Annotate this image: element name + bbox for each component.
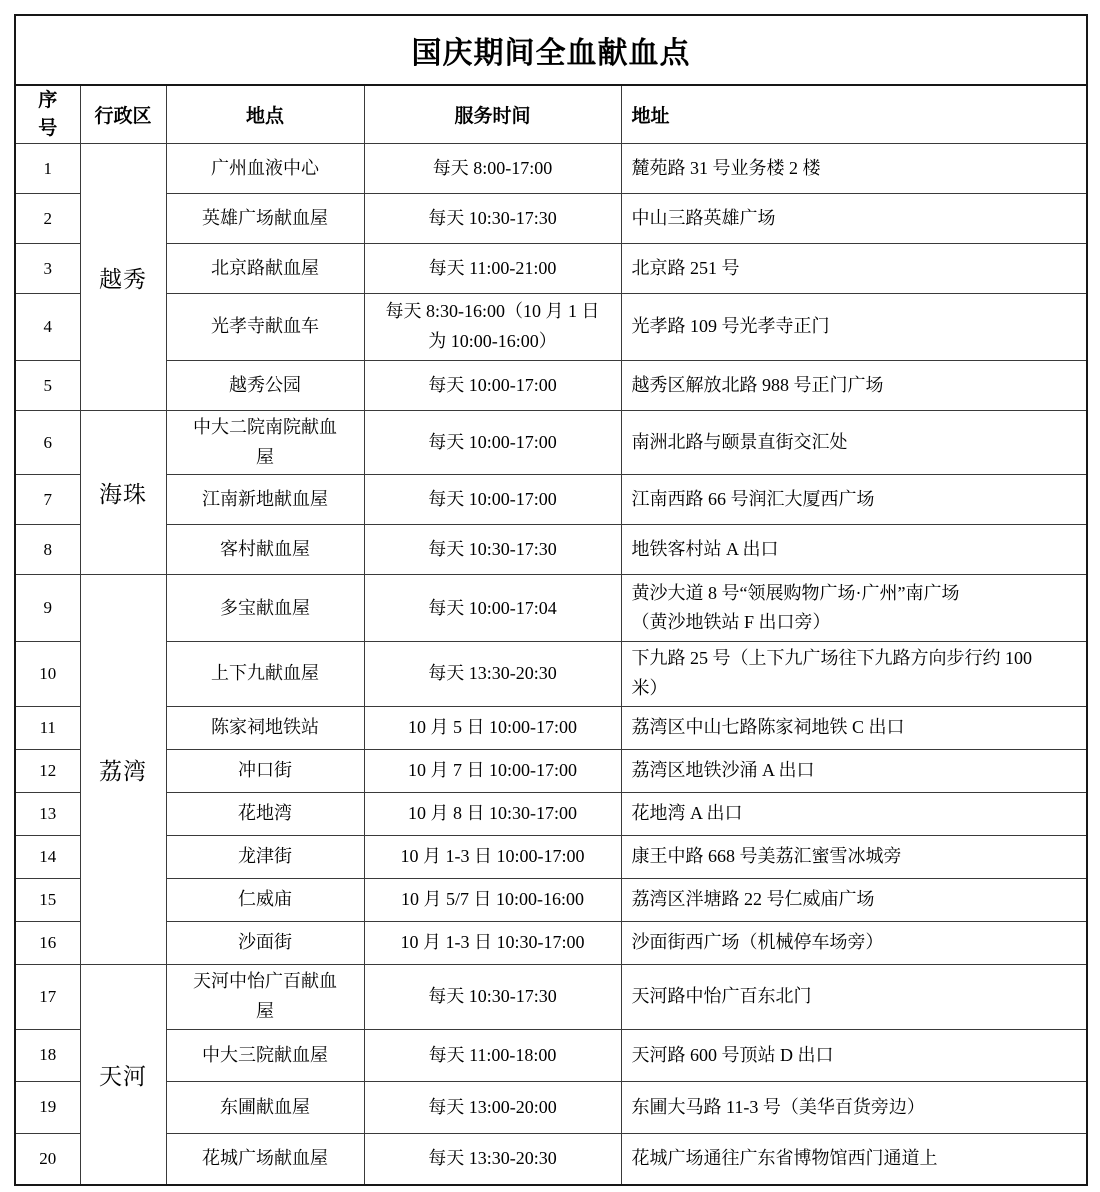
district-cell: 天河 (80, 964, 166, 1185)
location-cell: 北京路献血屋 (166, 244, 364, 294)
district-cell: 荔湾 (80, 575, 166, 964)
location-cell: 中大二院南院献血 屋 (166, 411, 364, 475)
row-number-cell: 12 (15, 749, 80, 792)
table-row: 19东圃献血屋每天 13:00-20:00东圃大马路 11-3 号（美华百货旁边… (15, 1081, 1087, 1133)
title-row: 国庆期间全血献血点 (15, 15, 1087, 85)
service-time-cell: 每天 13:00-20:00 (364, 1081, 621, 1133)
address-cell: 天河路 600 号顶站 D 出口 (621, 1029, 1087, 1081)
table-row: 10上下九献血屋每天 13:30-20:30下九路 25 号（上下九广场往下九路… (15, 642, 1087, 706)
table-row: 5越秀公园每天 10:00-17:00越秀区解放北路 988 号正门广场 (15, 361, 1087, 411)
address-cell: 越秀区解放北路 988 号正门广场 (621, 361, 1087, 411)
table-row: 15仁威庙10 月 5/7 日 10:00-16:00荔湾区泮塘路 22 号仁威… (15, 878, 1087, 921)
location-cell: 花地湾 (166, 792, 364, 835)
address-cell: 康王中路 668 号美荔汇蜜雪冰城旁 (621, 835, 1087, 878)
row-number-cell: 9 (15, 575, 80, 642)
service-time-cell: 10 月 1-3 日 10:00-17:00 (364, 835, 621, 878)
column-header-district: 行政区 (80, 85, 166, 144)
address-cell: 地铁客村站 A 出口 (621, 525, 1087, 575)
address-cell: 荔湾区地铁沙涌 A 出口 (621, 749, 1087, 792)
row-number-cell: 4 (15, 294, 80, 361)
row-number-cell: 20 (15, 1133, 80, 1185)
row-number-cell: 5 (15, 361, 80, 411)
column-header-location: 地点 (166, 85, 364, 144)
address-cell: 荔湾区中山七路陈家祠地铁 C 出口 (621, 706, 1087, 749)
address-cell: 沙面街西广场（机械停车场旁） (621, 921, 1087, 964)
service-time-cell: 10 月 7 日 10:00-17:00 (364, 749, 621, 792)
address-cell: 北京路 251 号 (621, 244, 1087, 294)
document-page: 国庆期间全血献血点 序号 行政区 地点 服务时间 地址 1越秀广州血液中心每天 … (0, 0, 1100, 1192)
row-number-cell: 14 (15, 835, 80, 878)
table-row: 4光孝寺献血车每天 8:30-16:00（10 月 1 日 为 10:00-16… (15, 294, 1087, 361)
table-row: 17天河天河中怡广百献血 屋每天 10:30-17:30天河路中怡广百东北门 (15, 964, 1087, 1029)
address-cell: 花地湾 A 出口 (621, 792, 1087, 835)
location-cell: 仁威庙 (166, 878, 364, 921)
row-number-cell: 13 (15, 792, 80, 835)
service-time-cell: 10 月 1-3 日 10:30-17:00 (364, 921, 621, 964)
location-cell: 客村献血屋 (166, 525, 364, 575)
row-number-cell: 15 (15, 878, 80, 921)
service-time-cell: 10 月 5/7 日 10:00-16:00 (364, 878, 621, 921)
row-number-cell: 19 (15, 1081, 80, 1133)
address-cell: 黄沙大道 8 号“领展购物广场·广州”南广场 （黄沙地铁站 F 出口旁） (621, 575, 1087, 642)
table-row: 9荔湾多宝献血屋每天 10:00-17:04黄沙大道 8 号“领展购物广场·广州… (15, 575, 1087, 642)
service-time-cell: 每天 11:00-18:00 (364, 1029, 621, 1081)
location-cell: 龙津街 (166, 835, 364, 878)
address-cell: 南洲北路与颐景直街交汇处 (621, 411, 1087, 475)
address-cell: 中山三路英雄广场 (621, 194, 1087, 244)
blood-donation-table: 国庆期间全血献血点 序号 行政区 地点 服务时间 地址 1越秀广州血液中心每天 … (14, 14, 1088, 1186)
address-cell: 花城广场通往广东省博物馆西门通道上 (621, 1133, 1087, 1185)
row-number-cell: 3 (15, 244, 80, 294)
district-cell: 海珠 (80, 411, 166, 575)
location-cell: 花城广场献血屋 (166, 1133, 364, 1185)
table-row: 16沙面街10 月 1-3 日 10:30-17:00沙面街西广场（机械停车场旁… (15, 921, 1087, 964)
location-cell: 多宝献血屋 (166, 575, 364, 642)
table-row: 20花城广场献血屋每天 13:30-20:30花城广场通往广东省博物馆西门通道上 (15, 1133, 1087, 1185)
table-row: 8客村献血屋每天 10:30-17:30地铁客村站 A 出口 (15, 525, 1087, 575)
row-number-cell: 16 (15, 921, 80, 964)
service-time-cell: 每天 10:30-17:30 (364, 194, 621, 244)
service-time-cell: 10 月 8 日 10:30-17:00 (364, 792, 621, 835)
row-number-cell: 17 (15, 964, 80, 1029)
column-header-no: 序号 (15, 85, 80, 144)
location-cell: 光孝寺献血车 (166, 294, 364, 361)
column-header-address: 地址 (621, 85, 1087, 144)
location-cell: 冲口街 (166, 749, 364, 792)
service-time-cell: 每天 13:30-20:30 (364, 1133, 621, 1185)
row-number-cell: 11 (15, 706, 80, 749)
row-number-cell: 6 (15, 411, 80, 475)
table-row: 13花地湾10 月 8 日 10:30-17:00花地湾 A 出口 (15, 792, 1087, 835)
location-cell: 江南新地献血屋 (166, 475, 364, 525)
row-number-cell: 7 (15, 475, 80, 525)
service-time-cell: 每天 8:00-17:00 (364, 144, 621, 194)
table-row: 11陈家祠地铁站10 月 5 日 10:00-17:00荔湾区中山七路陈家祠地铁… (15, 706, 1087, 749)
service-time-cell: 每天 10:00-17:00 (364, 475, 621, 525)
column-header-no-label: 序号 (37, 87, 59, 142)
table-row: 12冲口街10 月 7 日 10:00-17:00荔湾区地铁沙涌 A 出口 (15, 749, 1087, 792)
row-number-cell: 2 (15, 194, 80, 244)
row-number-cell: 10 (15, 642, 80, 706)
location-cell: 越秀公园 (166, 361, 364, 411)
table-title: 国庆期间全血献血点 (15, 15, 1087, 85)
table-row: 18中大三院献血屋每天 11:00-18:00天河路 600 号顶站 D 出口 (15, 1029, 1087, 1081)
address-cell: 江南西路 66 号润汇大厦西广场 (621, 475, 1087, 525)
table-row: 6海珠中大二院南院献血 屋每天 10:00-17:00南洲北路与颐景直街交汇处 (15, 411, 1087, 475)
address-cell: 麓苑路 31 号业务楼 2 楼 (621, 144, 1087, 194)
table-row: 3北京路献血屋每天 11:00-21:00北京路 251 号 (15, 244, 1087, 294)
address-cell: 光孝路 109 号光孝寺正门 (621, 294, 1087, 361)
service-time-cell: 每天 10:30-17:30 (364, 964, 621, 1029)
location-cell: 广州血液中心 (166, 144, 364, 194)
service-time-cell: 每天 10:00-17:00 (364, 361, 621, 411)
location-cell: 东圃献血屋 (166, 1081, 364, 1133)
location-cell: 英雄广场献血屋 (166, 194, 364, 244)
location-cell: 天河中怡广百献血 屋 (166, 964, 364, 1029)
service-time-cell: 每天 10:30-17:30 (364, 525, 621, 575)
row-number-cell: 18 (15, 1029, 80, 1081)
row-number-cell: 1 (15, 144, 80, 194)
location-cell: 中大三院献血屋 (166, 1029, 364, 1081)
table-head: 国庆期间全血献血点 序号 行政区 地点 服务时间 地址 (15, 15, 1087, 144)
service-time-cell: 每天 10:00-17:04 (364, 575, 621, 642)
location-cell: 陈家祠地铁站 (166, 706, 364, 749)
table-row: 1越秀广州血液中心每天 8:00-17:00麓苑路 31 号业务楼 2 楼 (15, 144, 1087, 194)
table-row: 7江南新地献血屋每天 10:00-17:00江南西路 66 号润汇大厦西广场 (15, 475, 1087, 525)
address-cell: 荔湾区泮塘路 22 号仁威庙广场 (621, 878, 1087, 921)
address-cell: 东圃大马路 11-3 号（美华百货旁边） (621, 1081, 1087, 1133)
header-row: 序号 行政区 地点 服务时间 地址 (15, 85, 1087, 144)
service-time-cell: 每天 10:00-17:00 (364, 411, 621, 475)
service-time-cell: 10 月 5 日 10:00-17:00 (364, 706, 621, 749)
service-time-cell: 每天 8:30-16:00（10 月 1 日 为 10:00-16:00） (364, 294, 621, 361)
location-cell: 上下九献血屋 (166, 642, 364, 706)
service-time-cell: 每天 11:00-21:00 (364, 244, 621, 294)
row-number-cell: 8 (15, 525, 80, 575)
address-cell: 下九路 25 号（上下九广场往下九路方向步行约 100 米） (621, 642, 1087, 706)
column-header-time: 服务时间 (364, 85, 621, 144)
table-body: 1越秀广州血液中心每天 8:00-17:00麓苑路 31 号业务楼 2 楼2英雄… (15, 144, 1087, 1186)
table-row: 2英雄广场献血屋每天 10:30-17:30中山三路英雄广场 (15, 194, 1087, 244)
table-row: 14龙津街10 月 1-3 日 10:00-17:00康王中路 668 号美荔汇… (15, 835, 1087, 878)
service-time-cell: 每天 13:30-20:30 (364, 642, 621, 706)
address-cell: 天河路中怡广百东北门 (621, 964, 1087, 1029)
location-cell: 沙面街 (166, 921, 364, 964)
district-cell: 越秀 (80, 144, 166, 411)
